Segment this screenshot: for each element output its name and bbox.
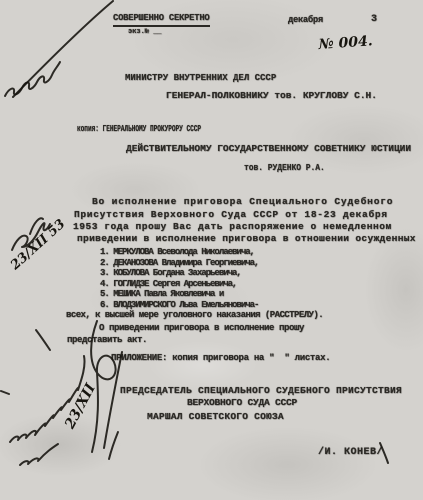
copy-to-line-2: ДЕЙСТВИТЕЛЬНОМУ ГОСУДАРСТВЕННОМУ СОВЕТНИ… [126,144,411,154]
date-month: декабря [288,16,323,25]
addressee-line-1: МИНИСТРУ ВНУТРЕННИХ ДЕЛ СССР [125,74,276,83]
handwritten-margin-date: 23/XII 53 [8,217,68,273]
signature-name: /И. КОНЕВ/ [318,448,383,458]
pen-stroke-crossing-act-line [36,330,50,350]
handwritten-scribble-top-left [5,62,60,96]
copy-to-line-1: копия: ГЕНЕРАЛЬНОМУ ПРОКУРОРУ СССР [77,124,201,134]
copy-to-line-3: тов. РУДЕНКО Р.А. [244,164,325,173]
handwritten-bottom-date: 23/XII [62,381,99,431]
attachment-line: ПРИЛОЖЕНИЕ: копия приговора на " " листа… [111,354,330,363]
convicted-item: 1. МЕРКУЛОВА Всеволода Николаевича, [100,248,254,257]
sentence-line: всех, к высшей мере уголовного наказания… [66,311,323,320]
addressee-line-2: ГЕНЕРАЛ-ПОЛКОВНИКУ тов. КРУГЛОВУ С.Н. [166,91,377,101]
signature-title-line: МАРШАЛ СОВЕТСКОГО СОЮЗА [147,412,284,422]
convicted-item: 6. ВЛОДЗИМИРСКОГО Льва Емельяновича- [100,301,258,310]
act-request-line: представить акт. [67,336,147,345]
convicted-item: 3. КОБУЛОВА Богдана Захарьевича, [100,269,241,278]
signature-title-line: ПРЕДСЕДАТЕЛЬ СПЕЦИАЛЬНОГО СУДЕБНОГО ПРИС… [120,386,402,396]
convicted-item: 5. МЕШИКА Павла Яковлевича и [100,290,223,299]
body-line: приведении в исполнение приговора в отно… [77,234,416,244]
handwritten-scribble-bottom-short [20,444,58,465]
body-line: Во исполнение приговора Специального Суд… [92,197,393,207]
copy-number-line: экз.№ __ [128,29,162,36]
act-request-line: О приведении приговора в исполнение прош… [99,324,304,333]
pen-dash-left-margin [1,391,9,394]
handwritten-reg-number: № 004. [318,33,373,53]
classification-stamp: СОВЕРШЕННО СЕКРЕТНО [113,14,210,27]
body-line: Присутствия Верховного Суда СССР от 18-2… [74,210,388,220]
convicted-item: 4. ГОГЛИДЗЕ Сергея Арсеньевича, [100,280,236,289]
handwritten-flourish-slash [104,352,122,448]
scanned-document-page: СОВЕРШЕННО СЕКРЕТНО экз.№ __ декабря 3 №… [0,0,423,500]
convicted-item: 2. ДЕКАНОЗОВА Владимира Георгиевича, [100,259,258,268]
signature-title-line: ВЕРХОВНОГО СУДА СССР [187,398,297,408]
page-number: 3 [371,15,377,25]
pen-stroke-top-diagonal [13,1,113,97]
body-line: 1953 года прошу Вас дать распоряжение о … [73,222,392,232]
handwritten-flourish-slash-small [109,432,118,459]
